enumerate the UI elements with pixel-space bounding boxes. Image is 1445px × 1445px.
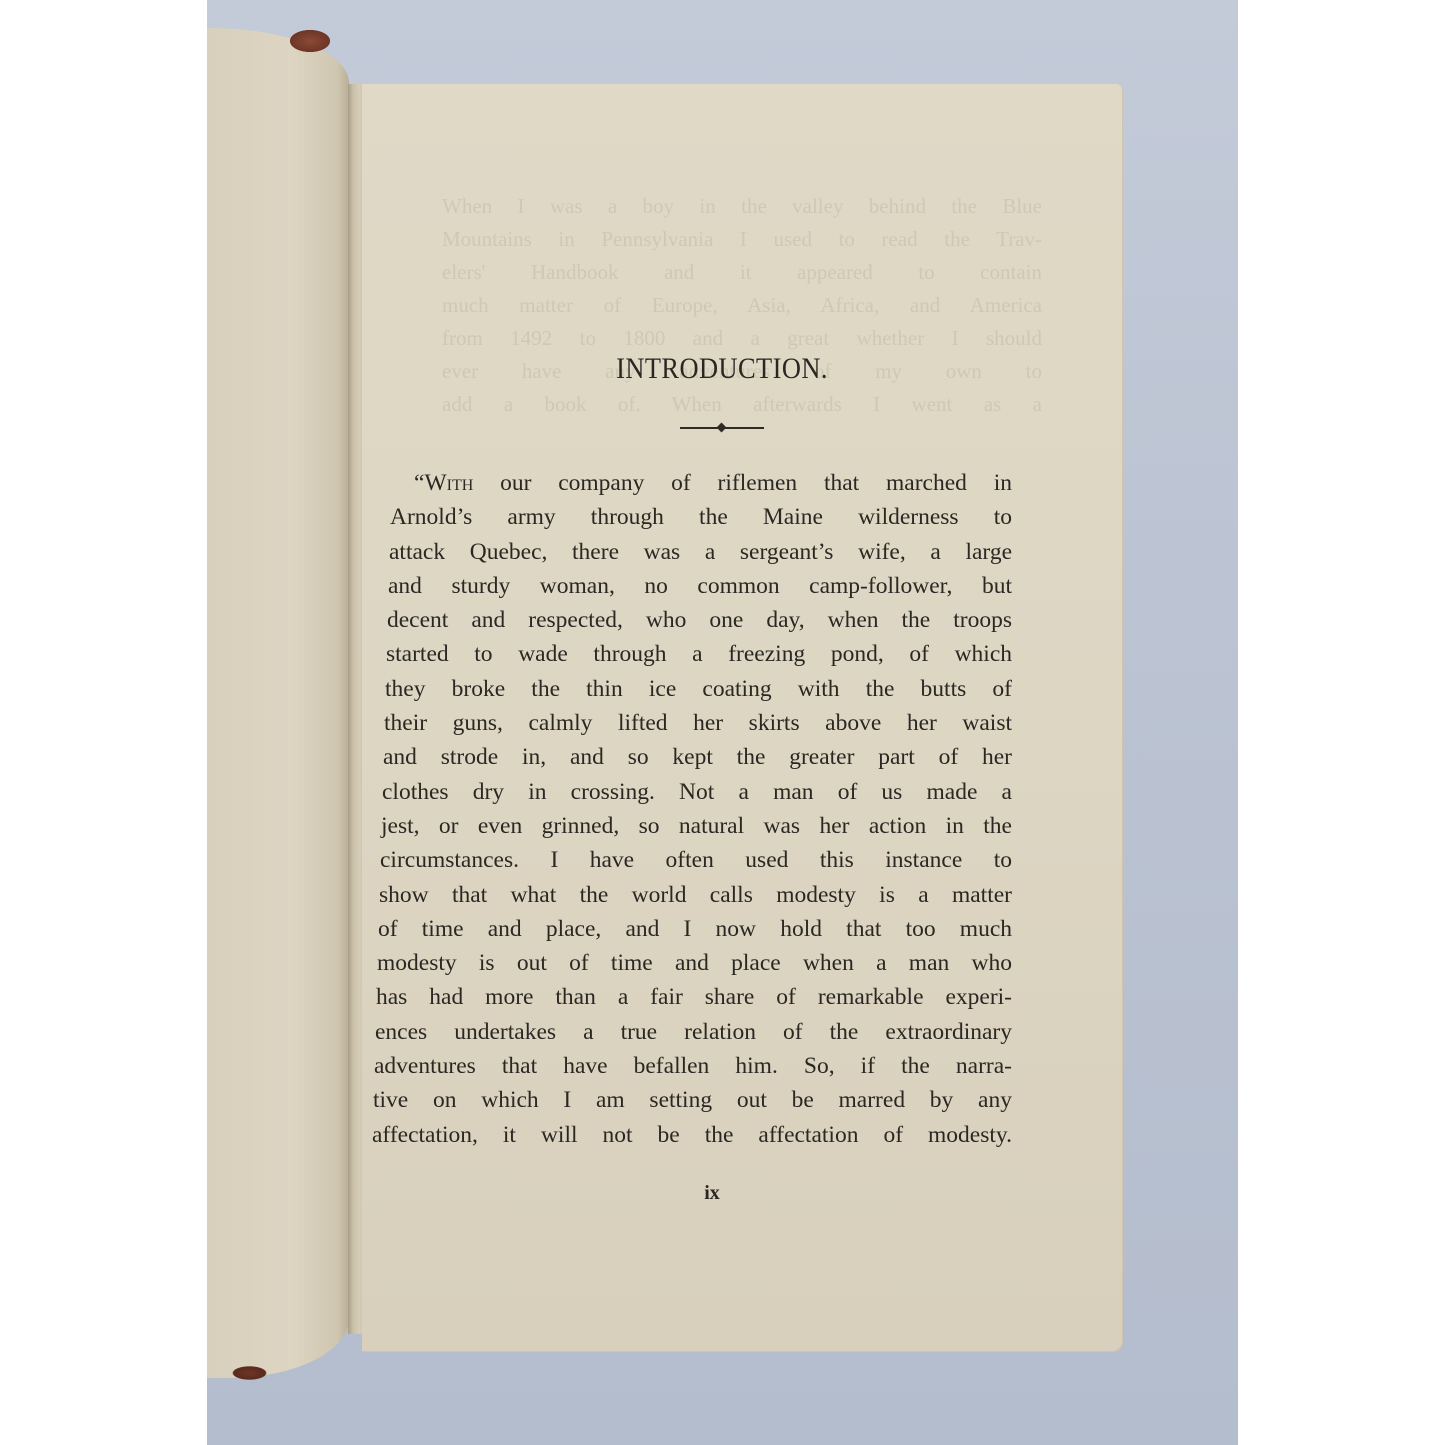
page-number: ix	[362, 1182, 1062, 1205]
text-line: and strode in, and so kept the greater p…	[383, 740, 1012, 774]
left-page	[207, 28, 349, 1378]
bleed-line: from 1492 to 1800 and a great whether I …	[442, 322, 1042, 355]
text-line: ences undertakes a true relation of the …	[375, 1015, 1012, 1049]
open-quote: “	[414, 470, 424, 496]
binding-corner-bottom	[232, 1366, 267, 1380]
text-line: modesty is out of time and place when a …	[377, 946, 1012, 980]
bleed-line: elers' Handbook and it appeared to conta…	[442, 256, 1042, 289]
text-line: tive on which I am setting out be marred…	[373, 1083, 1012, 1117]
bleed-line: Mountains in Pennsylvania I used to read…	[442, 223, 1042, 256]
right-page: When I was a boy in the valley behind th…	[362, 84, 1122, 1351]
text-line: decent and respected, who one day, when …	[387, 603, 1012, 637]
text-line: circumstances. I have often used this in…	[380, 843, 1012, 877]
text-line: has had more than a fair share of remark…	[376, 980, 1012, 1014]
bleed-line: When I was a boy in the valley behind th…	[442, 190, 1042, 223]
text-line: “With our company of riflemen that march…	[392, 466, 1012, 500]
text-line: Arnold’s army through the Maine wilderne…	[390, 500, 1012, 534]
text-line: jest, or even grinned, so natural was he…	[381, 809, 1012, 843]
text-line: adventures that have befallen him. So, i…	[374, 1049, 1012, 1083]
text-line: their guns, calmly lifted her skirts abo…	[384, 706, 1012, 740]
text-line: and sturdy woman, no common camp-followe…	[388, 569, 1012, 603]
text-line: affectation, it will not be the affectat…	[372, 1118, 1012, 1152]
text-line: of time and place, and I now hold that t…	[378, 912, 1012, 946]
book-photo: When I was a boy in the valley behind th…	[207, 0, 1238, 1445]
text-line: started to wade through a freezing pond,…	[386, 637, 1012, 671]
first-line-rest: our company of riflemen that marched in	[473, 470, 1012, 496]
binding-corner-top	[290, 30, 330, 52]
body-text: “With our company of riflemen that march…	[392, 466, 1012, 1152]
page-heading: INTRODUCTION.	[405, 352, 1039, 386]
text-line: clothes dry in crossing. Not a man of us…	[382, 775, 1012, 809]
text-line: they broke the thin ice coating with the…	[385, 672, 1012, 706]
bleed-through-text: When I was a boy in the valley behind th…	[442, 190, 1042, 421]
bleed-line: much matter of Europe, Asia, Africa, and…	[442, 289, 1042, 322]
text-line: attack Quebec, there was a sergeant’s wi…	[389, 535, 1012, 569]
ornament-rule-icon	[680, 427, 764, 429]
small-caps-word: With	[424, 470, 473, 496]
bleed-line: add a book of. When afterwards I went as…	[442, 388, 1042, 421]
text-line: show that what the world calls modesty i…	[379, 878, 1012, 912]
